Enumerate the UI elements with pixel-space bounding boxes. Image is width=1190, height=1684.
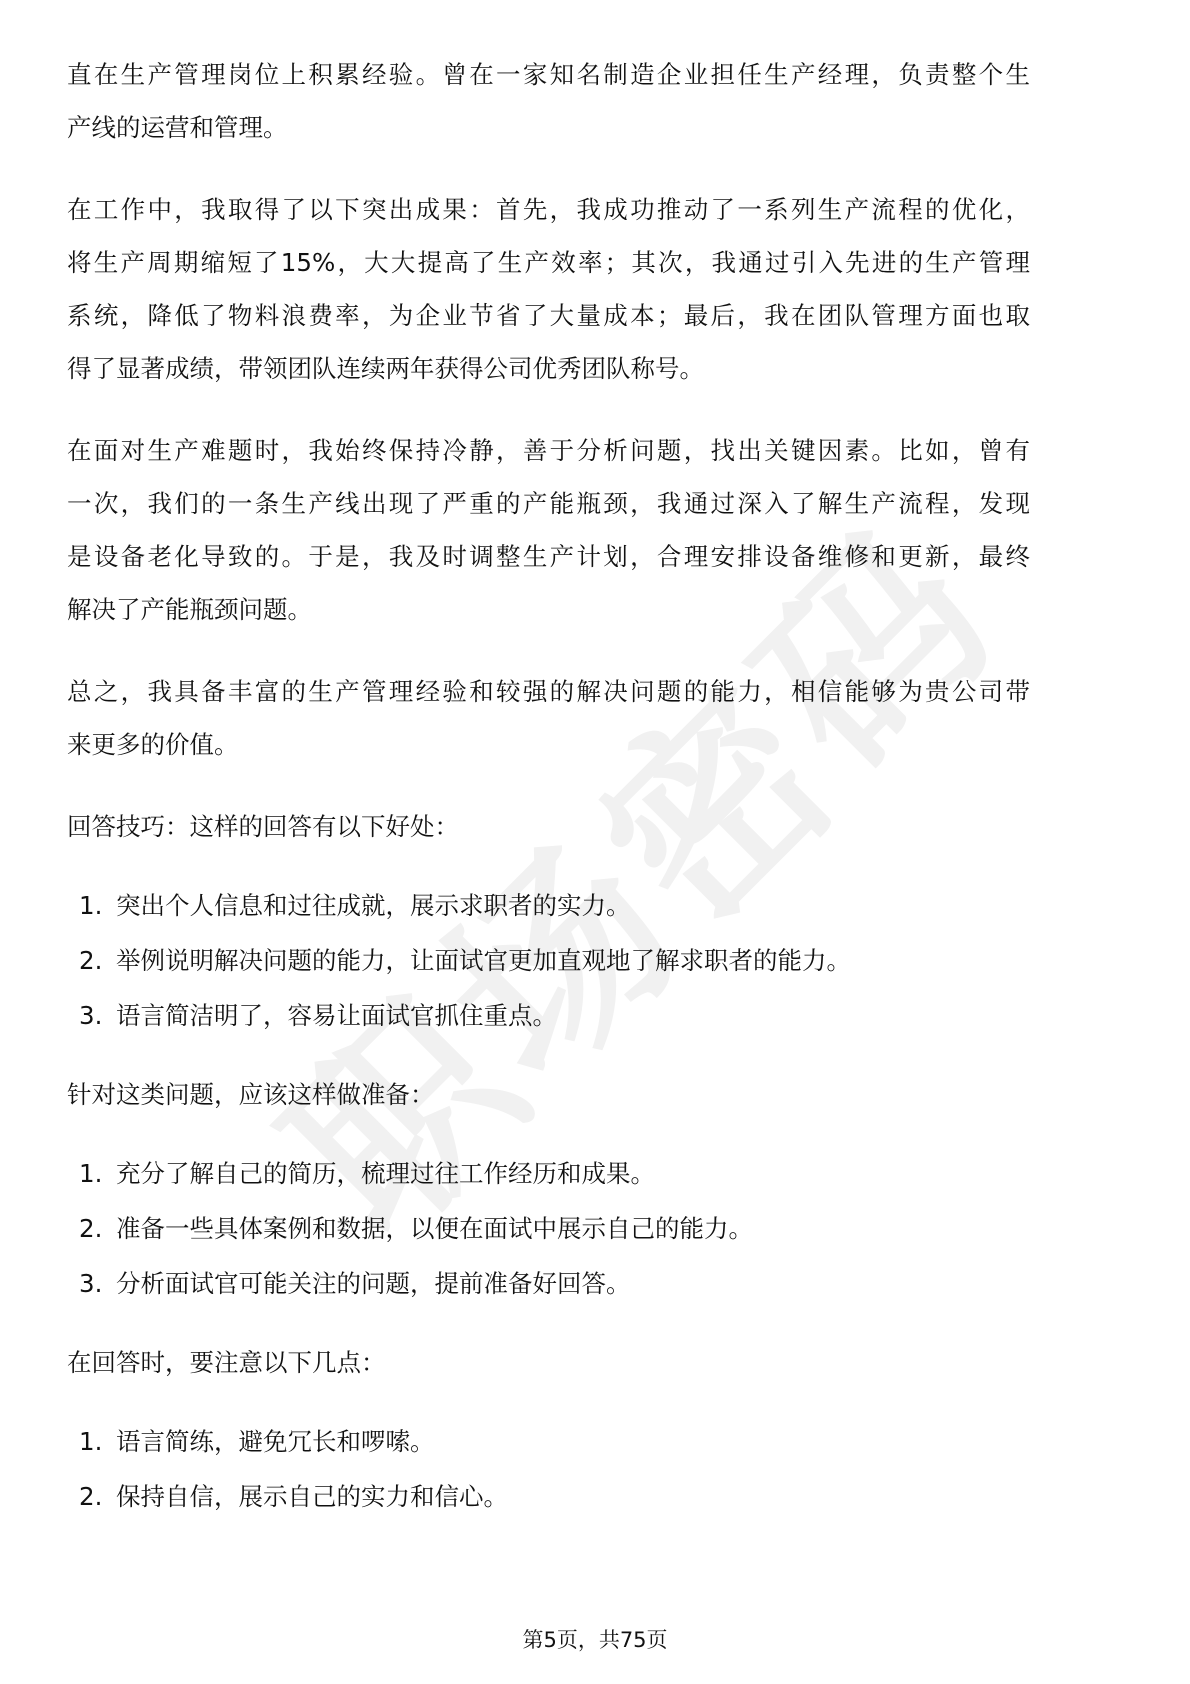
paragraph-2-line-3: 系统，降低了物料浪费率，为企业节省了大量成本；最后，我在团队管理方面也取 bbox=[67, 299, 1030, 333]
prep-list-item: 1.充分了解自己的简历，梳理过往工作经历和成果。 bbox=[79, 1157, 655, 1191]
prep-heading: 针对这类问题，应该这样做准备： bbox=[67, 1078, 1030, 1112]
paragraph-3-line-3: 是设备老化导致的。于是，我及时调整生产计划，合理安排设备维修和更新，最终 bbox=[67, 540, 1030, 574]
prep-list-item: 2.准备一些具体案例和数据，以便在面试中展示自己的能力。 bbox=[79, 1212, 753, 1246]
paragraph-3-line-1: 在面对生产难题时，我始终保持冷静，善于分析问题，找出关键因素。比如，曾有 bbox=[67, 434, 1030, 468]
prep-list-item: 3.分析面试官可能关注的问题，提前准备好回答。 bbox=[79, 1267, 631, 1301]
notes-heading: 在回答时，要注意以下几点： bbox=[67, 1346, 1030, 1380]
list-text: 准备一些具体案例和数据，以便在面试中展示自己的能力。 bbox=[116, 1214, 753, 1243]
list-text: 分析面试官可能关注的问题，提前准备好回答。 bbox=[116, 1269, 631, 1298]
document-page: 职场密码 直在生产管理岗位上积累经验。曾在一家知名制造企业担任生产经理，负责整个… bbox=[0, 0, 1190, 1684]
tips-list-item: 2.举例说明解决问题的能力，让面试官更加直观地了解求职者的能力。 bbox=[79, 944, 851, 978]
paragraph-1-line-2: 产线的运营和管理。 bbox=[67, 111, 1030, 145]
paragraph-4-line-2: 来更多的价值。 bbox=[67, 728, 1030, 762]
list-number: 2. bbox=[79, 944, 116, 978]
list-text: 充分了解自己的简历，梳理过往工作经历和成果。 bbox=[116, 1159, 655, 1188]
list-number: 1. bbox=[79, 1425, 116, 1459]
list-number: 2. bbox=[79, 1480, 116, 1514]
list-text: 保持自信，展示自己的实力和信心。 bbox=[116, 1482, 508, 1511]
list-text: 举例说明解决问题的能力，让面试官更加直观地了解求职者的能力。 bbox=[116, 946, 851, 975]
page-number-footer: 第5页，共75页 bbox=[0, 1626, 1190, 1654]
paragraph-2-line-1: 在工作中，我取得了以下突出成果：首先，我成功推动了一系列生产流程的优化， bbox=[67, 193, 1030, 227]
list-number: 2. bbox=[79, 1212, 116, 1246]
paragraph-2-line-2: 将生产周期缩短了15%，大大提高了生产效率；其次，我通过引入先进的生产管理 bbox=[67, 246, 1030, 280]
tips-list-item: 3.语言简洁明了，容易让面试官抓住重点。 bbox=[79, 999, 557, 1033]
notes-list-item: 2.保持自信，展示自己的实力和信心。 bbox=[79, 1480, 508, 1514]
list-text: 语言简洁明了，容易让面试官抓住重点。 bbox=[116, 1001, 557, 1030]
tips-heading: 回答技巧：这样的回答有以下好处： bbox=[67, 810, 1030, 844]
paragraph-3-line-4: 解决了产能瓶颈问题。 bbox=[67, 593, 1030, 627]
list-number: 3. bbox=[79, 1267, 116, 1301]
paragraph-4-line-1: 总之，我具备丰富的生产管理经验和较强的解决问题的能力，相信能够为贵公司带 bbox=[67, 675, 1030, 709]
list-text: 突出个人信息和过往成就，展示求职者的实力。 bbox=[116, 891, 631, 920]
notes-list-item: 1.语言简练，避免冗长和啰嗦。 bbox=[79, 1425, 435, 1459]
paragraph-1-line-1: 直在生产管理岗位上积累经验。曾在一家知名制造企业担任生产经理，负责整个生 bbox=[67, 58, 1030, 92]
list-text: 语言简练，避免冗长和啰嗦。 bbox=[116, 1427, 435, 1456]
list-number: 3. bbox=[79, 999, 116, 1033]
list-number: 1. bbox=[79, 1157, 116, 1191]
tips-list-item: 1.突出个人信息和过往成就，展示求职者的实力。 bbox=[79, 889, 631, 923]
paragraph-2-line-4: 得了显著成绩，带领团队连续两年获得公司优秀团队称号。 bbox=[67, 352, 1030, 386]
list-number: 1. bbox=[79, 889, 116, 923]
paragraph-3-line-2: 一次，我们的一条生产线出现了严重的产能瓶颈，我通过深入了解生产流程，发现 bbox=[67, 487, 1030, 521]
